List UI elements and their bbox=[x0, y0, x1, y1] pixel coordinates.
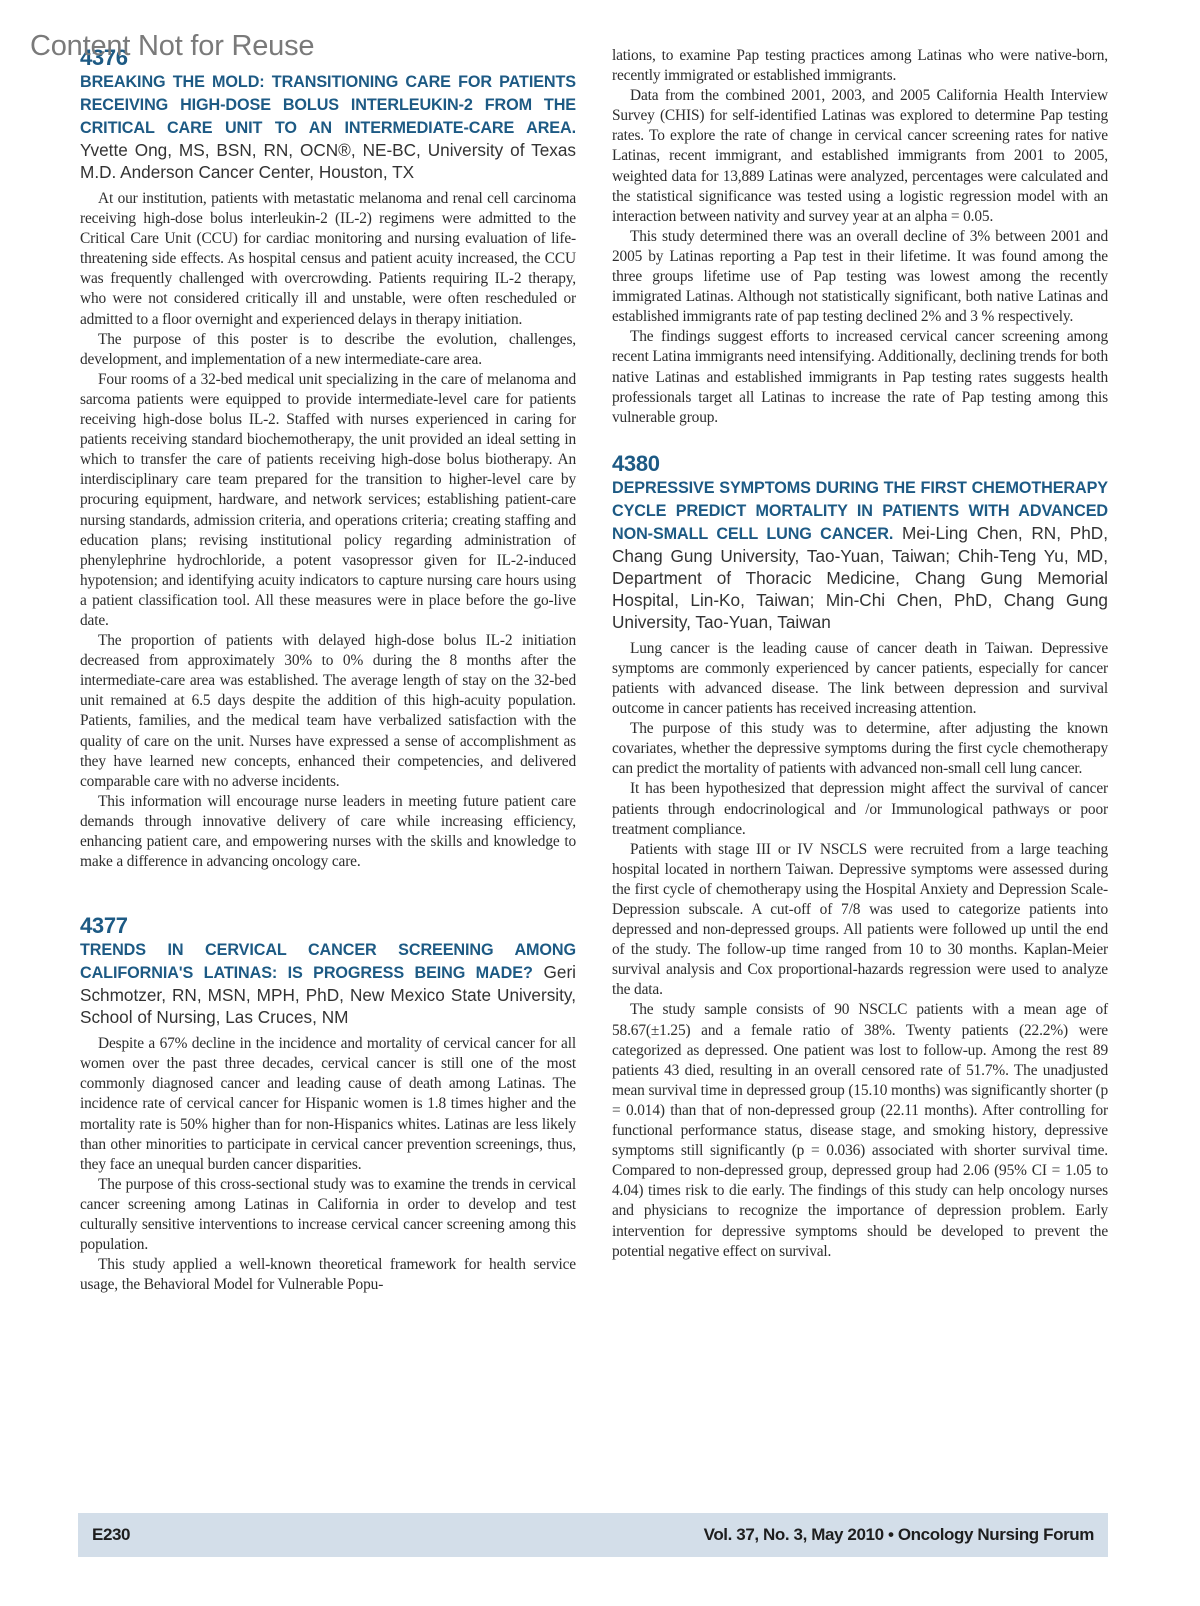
abstract-4377-continued: lations, to examine Pap testing practice… bbox=[612, 46, 1108, 428]
left-column: 4376 BREAKING THE MOLD: TRANSITIONING CA… bbox=[80, 46, 576, 1295]
paragraph: lations, to examine Pap testing practice… bbox=[612, 46, 1108, 86]
paragraph: Four rooms of a 32-bed medical unit spec… bbox=[80, 370, 576, 631]
paragraph: The proportion of patients with delayed … bbox=[80, 631, 576, 792]
abstract-number: 4380 bbox=[612, 452, 1108, 476]
section-spacer bbox=[80, 872, 576, 914]
abstract-header: TRENDS IN CERVICAL CANCER SCREENING AMON… bbox=[80, 938, 576, 1028]
paragraph: Despite a 67% decline in the incidence a… bbox=[80, 1034, 576, 1175]
abstract-body: Lung cancer is the leading cause of canc… bbox=[612, 639, 1108, 1262]
paragraph: Patients with stage III or IV NSCLS were… bbox=[612, 840, 1108, 1001]
abstract-4380: 4380 DEPRESSIVE SYMPTOMS DURING THE FIRS… bbox=[612, 452, 1108, 1262]
paragraph: The purpose of this study was to determi… bbox=[612, 719, 1108, 779]
abstract-number: 4377 bbox=[80, 914, 576, 938]
paragraph: The study sample consists of 90 NSCLC pa… bbox=[612, 1000, 1108, 1261]
right-column: lations, to examine Pap testing practice… bbox=[612, 46, 1108, 1262]
paragraph: The findings suggest efforts to increase… bbox=[612, 327, 1108, 427]
section-spacer bbox=[612, 428, 1108, 452]
abstract-authors: Yvette Ong, MS, BSN, RN, OCN®, NE-BC, Un… bbox=[80, 140, 576, 182]
paragraph: Lung cancer is the leading cause of canc… bbox=[612, 639, 1108, 719]
abstract-body: Despite a 67% decline in the incidence a… bbox=[80, 1034, 576, 1295]
abstract-title: TRENDS IN CERVICAL CANCER SCREENING AMON… bbox=[80, 941, 576, 982]
paragraph: The purpose of this poster is to describ… bbox=[80, 330, 576, 370]
abstract-title: BREAKING THE MOLD: TRANSITIONING CARE FO… bbox=[80, 73, 576, 137]
journal-citation: Vol. 37, No. 3, May 2010 • Oncology Nurs… bbox=[704, 1525, 1094, 1545]
abstract-4376: 4376 BREAKING THE MOLD: TRANSITIONING CA… bbox=[80, 46, 576, 872]
watermark: Content Not for Reuse bbox=[30, 30, 314, 63]
page-number: E230 bbox=[92, 1525, 130, 1545]
paragraph: It has been hypothesized that depression… bbox=[612, 779, 1108, 839]
paragraph: Data from the combined 2001, 2003, and 2… bbox=[612, 86, 1108, 227]
paragraph: This study determined there was an overa… bbox=[612, 227, 1108, 327]
paragraph: This study applied a well-known theoreti… bbox=[80, 1255, 576, 1295]
paragraph: At our institution, patients with metast… bbox=[80, 189, 576, 330]
abstract-4377: 4377 TRENDS IN CERVICAL CANCER SCREENING… bbox=[80, 914, 576, 1295]
abstract-body: At our institution, patients with metast… bbox=[80, 189, 576, 872]
paragraph: The purpose of this cross-sectional stud… bbox=[80, 1175, 576, 1255]
abstract-header: BREAKING THE MOLD: TRANSITIONING CARE FO… bbox=[80, 70, 576, 183]
abstract-header: DEPRESSIVE SYMPTOMS DURING THE FIRST CHE… bbox=[612, 476, 1108, 633]
page-footer: E230 Vol. 37, No. 3, May 2010 • Oncology… bbox=[78, 1513, 1108, 1557]
paragraph: This information will encourage nurse le… bbox=[80, 792, 576, 872]
